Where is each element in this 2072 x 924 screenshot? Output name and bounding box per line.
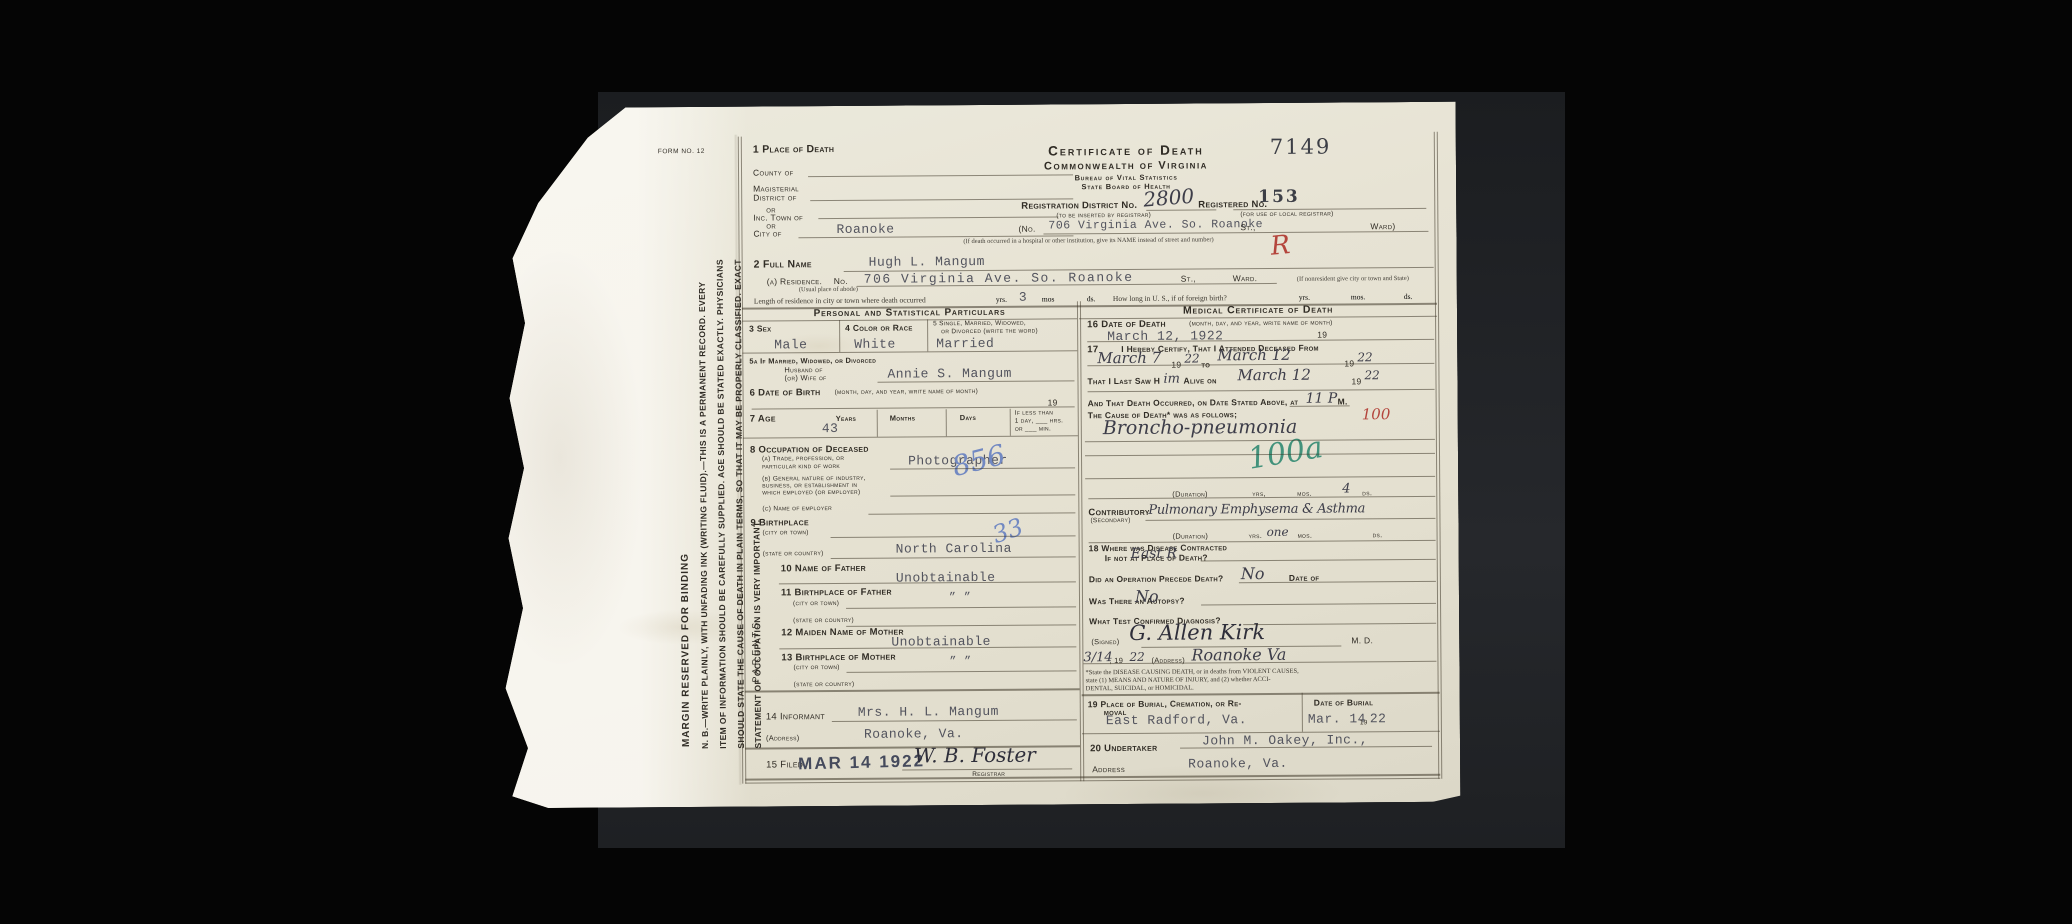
rule-line xyxy=(1201,603,1436,606)
signed-label: (Signed) xyxy=(1091,638,1119,646)
rule-line xyxy=(831,535,1076,538)
mother-name-label: 12 Maiden Name of Mother xyxy=(781,628,904,638)
registration-district-label: Registration District No. xyxy=(1021,201,1137,211)
form-number: FORM NO. 12 xyxy=(658,149,705,156)
margin-binding-text: MARGIN RESERVED FOR BINDING xyxy=(681,553,692,747)
inc-town-label: Inc. Town of xyxy=(753,213,803,222)
nonresident-note: (If nonresident give city or town and St… xyxy=(1297,276,1409,283)
burial-date-value: Mar. 14 xyxy=(1308,712,1366,725)
county-label: County of xyxy=(753,168,794,177)
date-of-burial-label: Date of Burial xyxy=(1314,698,1373,707)
mother-bp-city-label: (city or town) xyxy=(793,665,839,672)
dob-note: (month, day, and year, write name of mon… xyxy=(835,389,979,397)
marital-label-2: or Divorced (write the word) xyxy=(941,329,1038,336)
margin-nb-line1: N. B.—WRITE PLAINLY, WITH UNFADING INK (… xyxy=(698,282,710,749)
informant-label: 14 Informant xyxy=(766,712,825,722)
age-days-header: Days xyxy=(960,414,977,422)
board-line: State Board of Health xyxy=(996,182,1256,191)
rule-line xyxy=(1089,540,1436,543)
undertaker-label: 20 Undertaker xyxy=(1090,744,1157,754)
residence-label: (a) Residence. xyxy=(767,277,822,286)
rule-line xyxy=(1201,559,1436,562)
signature-yy: 22 xyxy=(1129,651,1144,663)
alive-on-label: Alive on xyxy=(1183,376,1216,385)
date-of-death-note: (month, day, and year, write name of mon… xyxy=(1189,321,1333,329)
yrs2-label: yrs. xyxy=(1299,294,1310,302)
street-ward-label: Ward) xyxy=(1370,222,1395,231)
duration2-handwriting: one xyxy=(1267,526,1289,538)
street-st-label: St., xyxy=(1240,223,1255,232)
rule-line xyxy=(831,556,1076,559)
birthplace-state-label: (state or country) xyxy=(763,551,824,558)
mos-label: mos xyxy=(1042,295,1055,303)
burial-place-value: East Radford, Va. xyxy=(1106,713,1247,727)
rule-line xyxy=(1085,476,1435,479)
last-saw-label: That I Last Saw H xyxy=(1087,377,1160,386)
vertical-rule-line xyxy=(1302,693,1303,732)
ds-label: ds. xyxy=(1087,295,1096,303)
registration-district-value: 2800 xyxy=(1143,186,1195,210)
sex-value: Male xyxy=(774,338,807,351)
vertical-rule-line xyxy=(877,410,878,437)
city-of-value: Roanoke xyxy=(836,223,894,236)
yrs-value: 3 xyxy=(1019,291,1027,304)
full-name-label: 2 Full Name xyxy=(754,259,812,270)
rule-line xyxy=(890,494,1075,496)
attended-from-yy: 22 xyxy=(1184,352,1199,364)
autopsy-value: No xyxy=(1135,589,1159,605)
ds2-label: ds. xyxy=(1404,293,1413,301)
mother-birthplace-label: 13 Birthplace of Mother xyxy=(781,653,896,663)
race-value: White xyxy=(854,338,896,351)
scan-stage: FORM NO. 12 MARGIN RESERVED FOR BINDING … xyxy=(0,0,2072,924)
commonwealth-subtitle: Commonwealth of Virginia xyxy=(996,160,1256,173)
where-contracted-value: East R xyxy=(1131,547,1177,561)
red-r-mark: R xyxy=(1269,232,1291,260)
age-label: 7 Age xyxy=(750,414,776,424)
birthplace-city-label: (city or town) xyxy=(763,530,809,537)
undertaker-address-label: Address xyxy=(1092,765,1125,774)
rule-line xyxy=(745,688,1080,692)
dob-label: 6 Date of Birth xyxy=(750,388,821,398)
age-lessthan-2: 1 day, ___ hrs. xyxy=(1015,418,1064,425)
date-of-death-19: 19 xyxy=(1317,331,1327,340)
rule-line xyxy=(1239,581,1436,583)
rule-line xyxy=(818,216,1058,219)
duration2-yrs: yrs. xyxy=(1249,532,1263,540)
place-of-death-title: 1 Place of Death xyxy=(753,144,834,155)
mos2-label: mos. xyxy=(1351,293,1365,301)
item5a-label: 5a If Married, Widowed, or Divorced xyxy=(749,357,876,365)
duration2-label: (Duration) xyxy=(1173,532,1209,540)
attended-to-yy: 22 xyxy=(1357,351,1372,363)
rule-line xyxy=(1290,405,1350,406)
rule-line xyxy=(1145,518,1435,521)
age-value: 43 xyxy=(822,422,839,435)
death-occurred-label: And That Death Occurred, on Date Stated … xyxy=(1088,398,1299,408)
cause-of-death-value: Broncho-pneumonia xyxy=(1103,418,1298,438)
duration2-ds: ds. xyxy=(1373,531,1383,539)
certificate-title: Certificate of Death xyxy=(996,143,1256,158)
death-time-value: 11 P xyxy=(1306,391,1338,405)
rule-line xyxy=(846,606,1076,609)
street-no-label: (No. xyxy=(1018,225,1035,234)
occupation-a1: (a) Trade, profession, or xyxy=(762,456,844,463)
abode-note: (Usual place of abode) xyxy=(799,287,858,294)
physician-signature: G. Allen Kirk xyxy=(1129,622,1265,644)
rule-line xyxy=(1088,389,1435,392)
burial-date-yy: 22 xyxy=(1370,712,1387,725)
race-label: 4 Color or Race xyxy=(845,323,913,332)
blue-code-856: 856 xyxy=(949,441,1008,481)
parents-side-label: PARENTS xyxy=(751,620,760,683)
city-of-label: City of xyxy=(753,229,781,238)
rule-line xyxy=(847,670,1077,673)
age-lessthan-1: If less than xyxy=(1015,410,1054,417)
full-name-value: Hugh L. Mangum xyxy=(869,255,985,269)
red-code-100: 100 xyxy=(1362,407,1391,422)
rule-line xyxy=(1088,496,1435,499)
secondary-label: (Secondary) xyxy=(1090,518,1130,525)
age-months-header: Months xyxy=(890,414,916,422)
rule-line xyxy=(1243,623,1436,625)
rule-line xyxy=(877,380,1074,382)
hospital-note: (If death occurred in a hospital or othe… xyxy=(848,237,1328,247)
residence-ward-label: Ward. xyxy=(1233,274,1258,283)
vertical-rule-line xyxy=(1010,409,1011,436)
vertical-rule-line xyxy=(927,319,928,351)
rule-line xyxy=(743,435,1078,438)
duration2-mos: mos. xyxy=(1298,532,1313,540)
occupation-a2: particular kind of work xyxy=(762,464,840,471)
last-saw-date: March 12 xyxy=(1237,368,1310,384)
last-saw-19: 19 xyxy=(1351,377,1361,386)
marital-value: Married xyxy=(936,337,994,350)
age-years-header: Years xyxy=(836,415,856,423)
wife-of-label: (or) Wife of xyxy=(784,374,826,382)
occupation-label: 8 Occupation of Deceased xyxy=(750,445,869,455)
birthplace-value: North Carolina xyxy=(896,542,1012,556)
certificate-serial-number: 7149 xyxy=(1270,137,1332,158)
father-bp-state-label: (state or country) xyxy=(793,618,854,625)
duration1-value: 4 xyxy=(1342,482,1350,495)
marital-label-1: 5 Single, Married, Widowed, xyxy=(933,321,1026,328)
attended-to-date: March 12 xyxy=(1217,348,1290,364)
mother-bp-state-label: (state or country) xyxy=(794,682,855,689)
paper: FORM NO. 12 MARGIN RESERVED FOR BINDING … xyxy=(498,102,1461,809)
vertical-rule-line xyxy=(839,320,840,352)
street-value: 706 Virginia Ave. So. Roanoke xyxy=(1048,219,1263,232)
mother-birthplace-ditto: ” ” xyxy=(949,656,971,668)
informant-address-value: Roanoke, Va. xyxy=(864,727,964,741)
last-saw-yy: 22 xyxy=(1364,369,1379,381)
sex-label: 3 Sex xyxy=(749,324,771,333)
yrs-label: yrs. xyxy=(996,296,1007,304)
howlong-us-label: How long in U. S., if of foreign birth? xyxy=(1113,294,1227,302)
md-label: M. D. xyxy=(1351,636,1373,645)
occupation-b3: which employed (or employer) xyxy=(762,490,860,497)
father-birthplace-label: 11 Birthplace of Father xyxy=(781,588,892,598)
father-bp-city-label: (city or town) xyxy=(793,601,839,608)
length-residence-label: Length of residence in city or town wher… xyxy=(754,296,926,305)
spouse-value: Annie S. Mangum xyxy=(887,367,1012,381)
rule-line xyxy=(868,512,1075,514)
contributory-value: Pulmonary Emphysema & Asthma xyxy=(1148,502,1365,517)
residence-st-label: St., xyxy=(1181,274,1196,283)
father-birthplace-ditto: ” ” xyxy=(949,592,971,604)
rule-line xyxy=(1082,692,1440,696)
informant-value: Mrs. H. L. Mangum xyxy=(858,705,999,719)
age-lessthan-3: or ___ min. xyxy=(1015,426,1051,433)
registered-no-value: 153 xyxy=(1258,189,1300,206)
birthplace-label: 9 Birthplace xyxy=(750,518,809,528)
last-saw-him: im xyxy=(1163,373,1180,386)
undertaker-value: John M. Oakey, Inc., xyxy=(1202,733,1368,747)
occupation-c: (c) Name of employer xyxy=(762,506,832,513)
burial-date-19: 19 xyxy=(1360,720,1368,727)
district-of-label: District of xyxy=(753,193,797,202)
operation-value: No xyxy=(1241,566,1265,582)
informant-address-label: (Address) xyxy=(766,734,800,742)
residence-no-label: No. xyxy=(834,277,848,286)
undertaker-address-value: Roanoke, Va. xyxy=(1188,757,1288,771)
violent-causes-note-2: state (1) MEANS AND NATURE OF INJURY, an… xyxy=(1086,677,1271,685)
vertical-rule-line xyxy=(946,409,947,436)
operation-label: Did an Operation Precede Death? xyxy=(1089,574,1224,583)
rule-line xyxy=(846,624,1076,627)
father-name-label: 10 Name of Father xyxy=(781,564,866,574)
violent-causes-note-3: DENTAL, SUICIDAL, or HOMICIDAL. xyxy=(1086,686,1194,693)
rule-line xyxy=(1146,209,1216,210)
margin-nb-line2: ITEM OF INFORMATION SHOULD BE CAREFULLY … xyxy=(716,259,728,749)
blue-code-33: 33 xyxy=(990,515,1027,547)
